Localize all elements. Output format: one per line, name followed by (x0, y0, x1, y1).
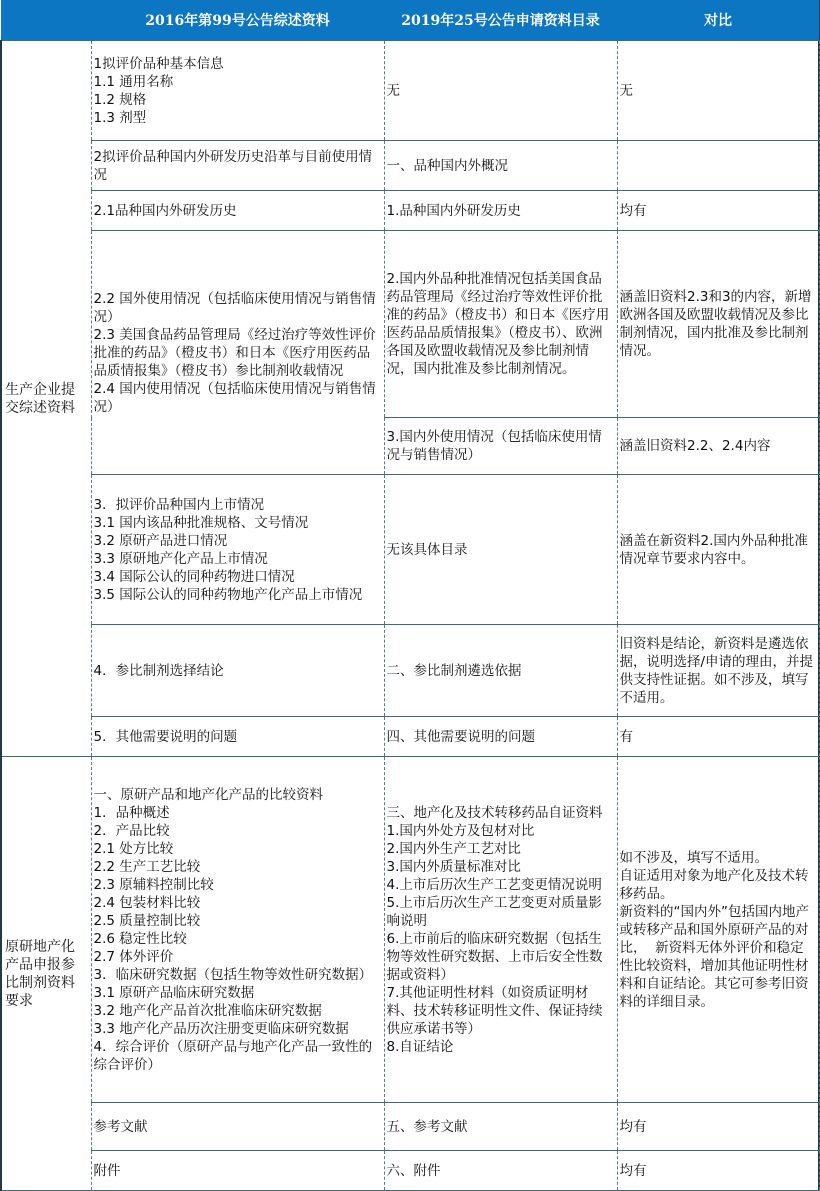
table-row: 3．拟评价品种国内上市情况 3.1 国内该品种批准规格、文号情况 3.2 原研产… (1, 475, 819, 625)
table-row: 原研地产化产品申报参比制剂资料要求 一、原研产品和地产化产品的比较资料 1．品种… (1, 757, 819, 1103)
header-compare-column: 对比 (617, 0, 819, 41)
table-row: 2.2 国外使用情况（包括临床使用情况与销售情况） 2.3 美国食品药品管理局《… (1, 231, 819, 418)
cell-new: 三、地产化及技术转移药品自证资料 1.国内外处方及包材对比 2.国内外生产工艺对… (384, 757, 617, 1103)
cell-new: 二、参比制剂遴选依据 (384, 625, 617, 717)
comparison-table: 2016年第99号公告综述资料 2019年25号公告申请资料目录 对比 生产企业… (0, 0, 820, 1191)
cell-old: 附件 (91, 1151, 384, 1191)
cell-compare: 如不涉及，填写不适用。 自证适用对象为地产化及技术转移药品。 新资料的“国内外”… (617, 757, 819, 1103)
cell-compare: 涵盖旧资料2.2、2.4内容 (617, 418, 819, 475)
group-label-reference: 原研地产化产品申报参比制剂资料要求 (1, 757, 91, 1191)
comparison-document: 2016年第99号公告综述资料 2019年25号公告申请资料目录 对比 生产企业… (0, 0, 820, 1191)
table-header-row: 2016年第99号公告综述资料 2019年25号公告申请资料目录 对比 (1, 0, 819, 41)
cell-old: 2.2 国外使用情况（包括临床使用情况与销售情况） 2.3 美国食品药品管理局《… (91, 231, 384, 475)
cell-compare: 无 (617, 41, 819, 141)
header-new-column: 2019年25号公告申请资料目录 (384, 0, 617, 41)
cell-old: 一、原研产品和地产化产品的比较资料 1．品种概述 2．产品比较 2.1 处方比较… (91, 757, 384, 1103)
table-row: 生产企业提交综述资料 1拟评价品种基本信息 1.1 通用名称 1.2 规格 1.… (1, 41, 819, 141)
cell-old: 1拟评价品种基本信息 1.1 通用名称 1.2 规格 1.3 剂型 (91, 41, 384, 141)
cell-old: 参考文献 (91, 1103, 384, 1151)
cell-compare: 均有 (617, 1151, 819, 1191)
cell-new: 2.国内外品种批准情况包括美国食品药品管理局《经过治疗等效性评价批准的药品》（橙… (384, 231, 617, 418)
table-row: 附件 六、附件 均有 (1, 1151, 819, 1191)
cell-new: 五、参考文献 (384, 1103, 617, 1151)
cell-compare: 涵盖旧资料2.3和3的内容，新增欧洲各国及欧盟收载情况及参比制剂情况，国内批准及… (617, 231, 819, 418)
cell-compare: 均有 (617, 191, 819, 231)
cell-old: 4．参比制剂选择结论 (91, 625, 384, 717)
cell-compare: 均有 (617, 1103, 819, 1151)
cell-old: 2拟评价品种国内外研发历史沿革与目前使用情况 (91, 141, 384, 191)
header-old-column: 2016年第99号公告综述资料 (91, 0, 384, 41)
table-row: 2拟评价品种国内外研发历史沿革与目前使用情况 一、品种国内外概况 (1, 141, 819, 191)
cell-new: 无该具体目录 (384, 475, 617, 625)
cell-compare: 涵盖在新资料2.国内外品种批准情况章节要求内容中。 (617, 475, 819, 625)
cell-new: 无 (384, 41, 617, 141)
header-group-cell (1, 0, 91, 41)
cell-old: 5．其他需要说明的问题 (91, 717, 384, 757)
cell-new: 3.国内外使用情况（包括临床使用情况与销售情况） (384, 418, 617, 475)
cell-compare: 有 (617, 717, 819, 757)
cell-compare: 旧资料是结论，新资料是遴选依据，说明选择/申请的理由，并提供支持性证据。如不涉及… (617, 625, 819, 717)
cell-compare (617, 141, 819, 191)
group-label-summary: 生产企业提交综述资料 (1, 41, 91, 757)
cell-new: 1.品种国内外研发历史 (384, 191, 617, 231)
cell-old: 2.1品种国内外研发历史 (91, 191, 384, 231)
table-row: 2.1品种国内外研发历史 1.品种国内外研发历史 均有 (1, 191, 819, 231)
cell-old: 3．拟评价品种国内上市情况 3.1 国内该品种批准规格、文号情况 3.2 原研产… (91, 475, 384, 625)
cell-new: 一、品种国内外概况 (384, 141, 617, 191)
cell-new: 六、附件 (384, 1151, 617, 1191)
table-row: 5．其他需要说明的问题 四、其他需要说明的问题 有 (1, 717, 819, 757)
table-row: 参考文献 五、参考文献 均有 (1, 1103, 819, 1151)
table-row: 4．参比制剂选择结论 二、参比制剂遴选依据 旧资料是结论，新资料是遴选依据，说明… (1, 625, 819, 717)
cell-new: 四、其他需要说明的问题 (384, 717, 617, 757)
